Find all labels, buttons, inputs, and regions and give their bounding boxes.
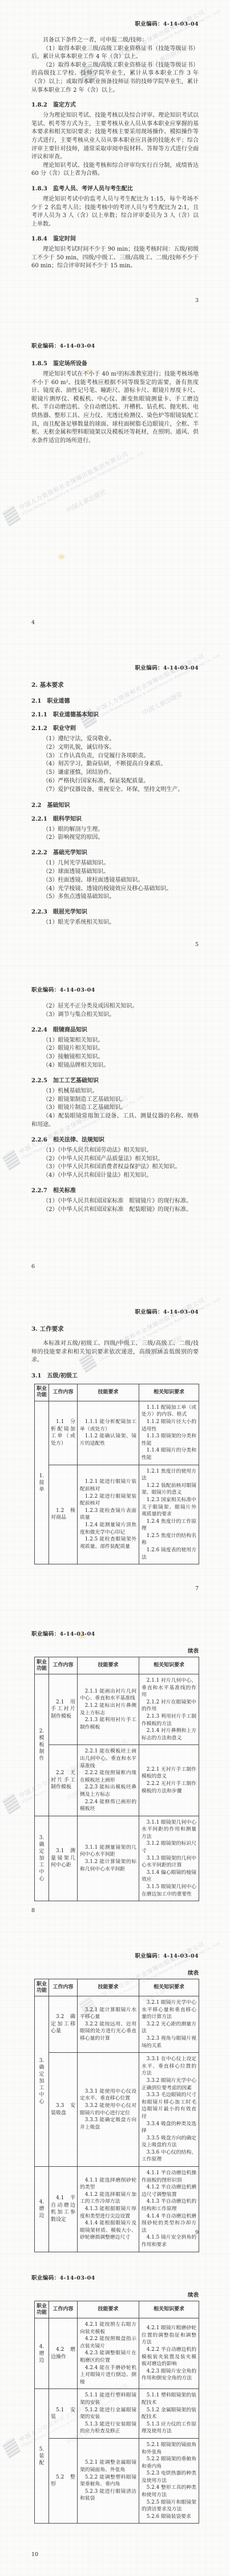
knowledge-cell: 4.1.1 半自动磨边机操作面板的图形识别4.1.2 半自动磨边机磨边尺寸调整装… [139,2167,199,2252]
text-line: 5.1.2 能进行金属眼镜架的安装 [80,2407,136,2421]
skills-cell: 1.2.1 能进行眼镜片装配前核对1.2.2 能进行眼镜架装配前核对1.2.3 … [78,1465,139,1564]
table-row: 2. 模 板 制 作 2.1 用手工衬片制作模板 2.1.1 能画出衬片几何中心… [35,1674,199,1745]
numbered-list: （1）眼的解剖与生理。（2）影响视觉的原因。 [31,826,199,843]
section-heading-2-2: 2.2 基础知识 [31,800,199,809]
text-line: （5）谦虚谨慎，团结协作。 [31,769,199,777]
function-cell: 5. 装 配 [35,2389,49,2524]
watermark-en-text: China Human Resources & Social Security … [22,450,146,516]
table-row: 5.2 整形 5.2.1 能调整金属眼镜架的镜面角、外张角5.2.2 能调整塑料… [35,2438,199,2524]
publisher-logo-watermark [2,1149,21,1171]
table-header-row: 职业功能 工作内容 技能要求 相关知识要求 [35,2301,199,2318]
col-header-content: 工作内容 [49,1979,78,1996]
text-line: 4.2.3 能调整眼镜片在粗磨区的位置 [80,2350,136,2364]
function-cell: 4. 磨 边 [35,2167,49,2252]
section-heading-2-1-2: 2.1.2 职业守则 [31,723,199,732]
continued-table-label: 续表 [31,1968,199,1976]
work-content-text: 4.2 磨边操作 [51,2346,75,2361]
text-line: （2）眼镜片相关知识。 [31,1045,199,1053]
skills-cell: 5.2.1 能调整金属眼镜架的镜面角、外张角5.2.2 能调整塑料眼镜架垂俯角、… [78,2438,139,2524]
text-line: （1）《中华人民共和国劳动法》相关知识。 [31,1147,199,1155]
text-line: 3.3.1 在中心仪上设定水平、垂直移心位置的方法 [142,2056,196,2077]
text-line: 3.2.1 眼镜片光学中心水平移心量和垂直移心量的计算方法 [142,1999,196,2021]
page-header-code: 职业编码：4-14-03-04 [31,1629,199,1637]
text-line: （3）接触镜相关知识。 [31,1053,199,1062]
text-line: 1.1.1 能分析配镜加工单（或处方） [80,1419,136,1433]
col-header-skills: 技能要求 [78,1384,139,1401]
document-page-3: 中国人力资源和社会保障出版集团有限公司 China Human Resource… [0,0,230,322]
table-header-row: 职业功能 工作内容 技能要求 相关知识要求 [35,1657,199,1674]
table-row: 5. 装 配 5.1 安装 5.1.1 能进行塑料眼镜架的安装5.1.2 能进行… [35,2389,199,2439]
text-line: （2）《中华人民共和国产品质量法》相关知识。 [31,1155,199,1164]
table-row: 4. 磨 边 4.1 半自动磨边机加工参数设定 4.1.1 能选择磨削砂轮的类型… [35,2167,199,2252]
text-line: 2.2.3 能标出模板坯鼻侧及上方标志 [80,1784,136,1798]
numbered-list: （1）《中华人民共和国劳动法》相关知识。（2）《中华人民共和国产品质量法》相关知… [31,1147,199,1180]
text-line: 1.1.4 眼镜片的分类和性能 [142,1447,196,1461]
page-header-code: 职业编码：4-14-03-04 [31,1951,199,1959]
text-line: 4.1.3 半自动磨边机的结构和工作原理 [142,2198,196,2212]
page-number: 4 [31,619,35,626]
text-line: 1.2.3 国家相关标准中关于眼镜架、眼镜片外观质量的要求 [142,1497,196,1518]
section-heading-2-2-7: 2.2.7 相关标准 [31,1185,199,1194]
text-line: 1.2.3 能检查镜片表面质量 [80,1507,136,1522]
text-line: 5.1.1 塑料眼镜架的装配技术 [142,2392,196,2406]
stain-artifact [57,553,66,560]
col-header-function: 职业功能 [35,1657,49,1674]
document-scan: 中国人力资源和社会保障出版集团有限公司 China Human Resource… [0,0,230,2576]
text-line: （1）《中华人民共和国国家标准 眼镜镜片》的现行标准。 [31,1197,199,1206]
text-line: 1.1.1 配镜加工单（或处方）的内容、格式 [142,1404,196,1419]
work-content-text: 3.2 确定加工移心量 [51,2013,75,2035]
work-content-cell: 2.1 用手工衬片制作模板 [49,1674,78,1745]
text-line: 5.1.1 能进行塑料眼镜架的安装 [80,2392,136,2406]
text-line: 2.1.3 利用衬片手工制作模板的方法 [142,1713,196,1727]
text-line: 4.1.4 半自动磨边机磨削砂轮的类型和冷却方法 [142,2213,196,2235]
requirements-table: 职业功能 工作内容 技能要求 相关知识要求 3. 确 定 加 工 中 心 3.2… [34,1979,199,2252]
text-line: 3.3.3 毛边眼镜的尺寸和眼镜片移心加工时毛边眼镜片最小的有效直径 [142,2092,196,2120]
text-line: 1.2.4 焦度计的工作原理 [142,1518,196,1532]
section-heading-1-8-4: 1.8.4 鉴定时间 [31,234,199,242]
function-cell: 3. 确 定 加 工 中 心 [35,1996,49,2167]
text-line: 5.1.2 金属眼镜架的装配技术 [142,2407,196,2421]
text-line: 2.2.2 能按照镜框内缘在模板坯上画形 [80,1770,136,1784]
text-line: （2）球面透镜基础知识。 [31,868,199,877]
col-header-content: 工作内容 [49,1657,78,1674]
text-line: （5）多焦点透镜基础知识。 [31,893,199,902]
knowledge-cell: 4.2.1 眼镜片粗磨砂轮位置的调整指征和调整方法4.2.2 半自动磨边机的模板… [139,2318,199,2389]
text-line: （1）眼光学系统相关知识。 [31,919,199,927]
function-cell: 2. 模 板 制 作 [35,1674,49,1816]
text-line: 5.2.3 电烘热器的种类及使用方法 [142,2470,196,2484]
text-line: 3.1.3 眼镜架的几何中心水平间距的计算 [142,1855,196,1869]
text-line: 5.2.2 能调整塑料眼镜架垂俯角、垂内角 [80,2474,136,2488]
function-cell: 4. 磨 边 [35,2318,49,2389]
col-header-content: 工作内容 [49,2301,78,2318]
text-line: 2.1.2 衬片在眼镜架中的作用 [142,1699,196,1713]
text-line: 4.2.1 能按照左右眼方向装夹模板 [80,2321,136,2335]
text-line: （2）影响视觉的原因。 [31,834,199,842]
document-page-6: 中国人力资源和社会保障出版集团有限公司 China Human Resource… [0,966,230,1288]
body-paragraph: 本标准对五级/初级工、四级/中级工、三级/高级工、二级/技师的技能要求和相关知识… [31,1340,199,1365]
table-row: 2.2 无衬片手工制作模板 2.2.1 能在模板坯上画出几何中心、垂直和水平基准… [35,1745,199,1816]
text-line: 5.1.3 能进行安装眼镜的应力检查及修正 [80,2421,136,2435]
text-line: 3.2.2 能按远用、近用眼镜的处方进行光心垂直移心量的计算 [80,2021,136,2043]
skills-cell: 5.1.1 能进行塑料眼镜架的安装5.1.2 能进行金属眼镜架的安装5.1.3 … [78,2389,139,2439]
page-number: 6 [31,1263,35,1270]
text-line: 4.2.2 半自动磨边机的模板装夹装置及装夹模板对磨边的影响 [142,2346,196,2368]
body-paragraph: （1）取得本职业三级/高级工职业资格证书（技能等级证书）后，累计从事本职业工作 … [31,45,199,62]
page-header-code: 职业编码：4-14-03-04 [31,663,199,671]
text-line: 2.1.2 能标出衬片鼻侧及上方标志 [80,1702,136,1717]
text-line: 4.2.1 眼镜片粗磨砂轮位置的调整指征和调整方法 [142,2325,196,2346]
document-page-4: 中国人力资源和社会保障出版集团有限公司 China Human Resource… [0,322,230,644]
text-line: 3.1.2 眼镜架的标识尺寸 [142,1840,196,1854]
text-line: （1）遵纪守法，爱岗敬业。 [31,735,199,744]
skills-cell: 3.3.1 能使用中心仪设定水平、垂直移心位置3.3.2 能使用中心仪对眼镜片的… [78,2053,139,2167]
text-line: 5.2.3 能进行眼镜清洁和装袋 [80,2488,136,2502]
work-content-cell: 1.1 分析配镜加工单（或处方） [49,1401,78,1465]
section-heading-1-8-2: 1.8.2 鉴定方式 [31,100,199,108]
text-line: （4）刻苦学习，勤奋钻研，不断提高自身素质。 [31,760,199,769]
text-line: （4）眼镜品牌相关知识。 [31,1062,199,1070]
text-line: （4）《中华人民共和国计量法》相关知识。 [31,1172,199,1180]
table-row: 4. 磨 边 4.2 磨边操作 4.2.1 能按照左右眼方向装夹模板4.2.2 … [35,2318,199,2389]
text-line: 2.1.4 衬片鼻侧和上方标志的方法和意义 [142,1727,196,1742]
function-cell: 1. 接 单 [35,1401,49,1564]
work-content-text: 1.1 分析配镜加工单（或处方） [51,1419,75,1447]
work-content-cell: 3.2 确定加工移心量 [49,1996,78,2053]
section-heading-2-1: 2.1 职业道德 [31,696,199,704]
chapter-heading-2: 2. 基本要求 [31,680,199,689]
text-line: （2）屈光不正分类及成因相关知识。 [31,1002,199,1011]
text-line: （3）眼镜片制造工艺基础知识。 [31,1104,199,1112]
text-line: 4.1.4 能根据眼镜片及眼镜架材质、模板大小、砂轮磨损调整磨边尺寸 [80,2220,136,2241]
col-header-function: 职业功能 [35,1384,49,1401]
skills-cell: 2.2.1 能在模板坯上画出几何中心、垂直和水平基准线2.2.2 能按照镜框内缘… [78,1745,139,1816]
numbered-list: （1）遵纪守法，爱岗敬业。（2）文明礼貌，诚信待客。（3）工作认真负责，自觉履行… [31,735,199,794]
text-line: 4.1.1 能选择磨削砂轮的类型 [80,2177,136,2191]
text-line: （1）眼的解剖与生理。 [31,826,199,834]
text-line: （2）眼镜架制造工艺基础知识。 [31,1096,199,1104]
text-line: （4）光学棱镜、透镜的棱镜效应及移心基础知识。 [31,885,199,894]
page-number: 5 [195,941,199,948]
text-line: 1.2.1 焦度计的使用方法 [142,1468,196,1482]
knowledge-cell: 2.2.1 无衬片手工制作模板的意义2.2.2 无衬片手工制作模板的方法和步骤 [139,1745,199,1816]
work-content-cell: 1.2 核对商品 [49,1465,78,1564]
requirements-table: 职业功能 工作内容 技能要求 相关知识要求 2. 模 板 制 作 2.1 用手工… [34,1657,199,1901]
table-row: 3.3 安装吸盘 3.3.1 能使用中心仪设定水平、垂直移心位置3.3.2 能使… [35,2053,199,2167]
text-line: （3）调节与集合相关知识。 [31,1011,199,1020]
work-content-text: 3.1 测量镜架几何中心距 [51,1848,75,1869]
table-row: 3. 确 定 加 工 中 心 3.2 确定加工移心量 3.2.1 能计算眼镜片水… [35,1996,199,2053]
numbered-list: （1）眼光学系统相关知识。 [31,919,199,927]
work-content-cell: 5.1 安装 [49,2389,78,2439]
col-header-skills: 技能要求 [78,2301,139,2318]
page-header-code: 职业编码：4-14-03-04 [31,341,199,349]
text-line: 1.2.1 能进行眼镜片装配前核对 [80,1478,136,1493]
text-line: 1.2.2 装配前核对眼镜架、眼镜片的意义 [142,1482,196,1497]
text-line: 3.3.2 能使用中心仪对眼镜片的中心进行定位 [80,2102,136,2117]
knowledge-cell: 5.1.1 塑料眼镜架的装配技术5.1.2 金属眼镜架的装配技术5.1.3 应力… [139,2389,199,2439]
page-header-code: 职业编码：4-14-03-04 [31,2273,199,2281]
text-line: 5.2.1 能调整金属眼镜架的镜面角、外张角 [80,2459,136,2473]
text-line: 4.1.3 能根据眼镜片厚度和类型进行尖边设置 [80,2206,136,2220]
text-line: 3.3.5 吸盘方向的确定及上吸盘的方法 [142,2135,196,2149]
work-content-text: 2.1 用手工衬片制作模板 [51,1699,75,1721]
text-line: 2.2.1 无衬片手工制作模板的意义 [142,1766,196,1780]
watermark-script-text: 中国人事出版社 [64,463,154,515]
text-line: 4.1.2 能选择眼镜片加工的工作冷却方法 [80,2191,136,2206]
skills-cell: 4.1.1 能选择磨削砂轮的类型4.1.2 能选择眼镜片加工的工作冷却方法4.1… [78,2167,139,2252]
numbered-list: （1）机械基础知识。（2）眼镜架制造工艺基础知识。（3）眼镜片制造工艺基础知识。… [31,1087,199,1130]
section-heading-3-1: 3.1 五级/初级工 [31,1371,199,1379]
section-heading-1-8-3: 1.8.3 监考人员、考评人员与考生配比 [31,184,199,192]
section-heading-2-2-5: 2.2.5 加工工艺基础知识 [31,1075,199,1084]
table-row: 1.2 核对商品 1.2.1 能进行眼镜片装配前核对1.2.2 能进行眼镜架装配… [35,1465,199,1564]
text-line: 5.1.3 应力仪的工作原理及使用方法 [142,2421,196,2435]
work-content-cell: 3.3 安装吸盘 [49,2053,78,2167]
document-page-9: 中国人力资源和社会保障出版集团有限公司 China Human Resource… [0,1932,230,2254]
table-header-row: 职业功能 工作内容 技能要求 相关知识要求 [35,1384,199,1401]
section-heading-2-1-1: 2.1.1 职业道德基本知识 [31,710,199,718]
text-line: （4）配装眼镜常用加工设备、工具、测量仪器的名称、规格和用途。 [31,1112,199,1130]
document-page-5: 中国人力资源和社会保障出版集团有限公司 China Human Resource… [0,644,230,966]
body-paragraph: 具备以下条件之一者，可申报二级/技师： [31,36,199,45]
text-line: 3.1.5 眼镜架几何中心在磨边加工中的重要性 [142,1884,196,1898]
text-line: （7）爱护仪器设备，重视安全、环保，坚持文明生产。 [31,786,199,794]
continued-table-label: 续表 [31,2290,199,2298]
col-header-content: 工作内容 [49,1384,78,1401]
text-line: 3.3.2 眼镜片光学中心正确到位要考虑的因素 [142,2077,196,2092]
text-line: （2）《中华人民共和国国家标准 配装眼镜》的现行标准。 [31,1206,199,1214]
col-header-knowledge: 相关知识要求 [139,1979,199,1996]
text-line: （1）眼镜架相关知识。 [31,1037,199,1045]
page-header-code: 职业编码：4-14-03-04 [31,19,199,27]
continued-table-label: 续表 [31,1646,199,1654]
skills-cell: 2.1.1 能画出衬片几何中心、垂直和水平基准线2.1.2 能标出衬片鼻侧及上方… [78,1674,139,1745]
text-line: 1.1.2 眼镜片径大小的适用性 [142,1419,196,1433]
work-content-text: 5.1 安装 [51,2407,75,2421]
text-line: 1.1.3 眼镜架的分类和性能 [142,1433,196,1447]
text-line: 2.2.2 无衬片手工制作模板的方法和步骤 [142,1780,196,1795]
text-line: 1.1.2 能确认镜架、镜片的适配性 [80,1433,136,1447]
knowledge-cell: 5.2.1 眼镜架的镜面角和外张角5.2.2 眼镜架的垂俯角和垂内角5.2.3 … [139,2438,199,2524]
text-line: 3.3.6 中心仪的结构、工作原理 [142,2149,196,2163]
skills-cell: 4.2.1 能按照左右眼方向装夹模板4.2.2 能按照吸盘指示点装夹镜片4.2.… [78,2318,139,2389]
knowledge-cell: 2.1.1 衬片几何中心、垂直和水平基准线的作用2.1.2 衬片在眼镜架中的作用… [139,1674,199,1745]
work-content-cell: 2.2 无衬片手工制作模板 [49,1745,78,1816]
body-paragraph: 理论知识考试中的监考人员与考生配比为 1:15，每个考场不少于 2 名监考人员；… [31,195,199,229]
work-content-cell: 4.1 半自动磨边机加工参数设定 [49,2167,78,2252]
numbered-list: （1）几何光学基础知识。（2）球面透镜基础知识。（3）柱面透镜、球柱面透镜基础知… [31,859,199,902]
text-line: 4.1.2 半自动磨边机磨边尺寸调整装置 [142,2184,196,2198]
body-paragraph: 理论知识考试、技能考核和综合评审均实行百分制，成绩皆达 60 分（含）以上者为合… [31,162,199,178]
work-content-text: 2.2 无衬片手工制作模板 [51,1770,75,1791]
work-content-cell: 4.2 磨边操作 [49,2318,78,2389]
text-line: 3.2.2 光心距的测量方法 [142,2021,196,2035]
document-page-10: 中国人力资源和社会保障出版集团有限公司 China Human Resource… [0,2254,230,2576]
knowledge-cell: 1.2.1 焦度计的使用方法1.2.2 装配前核对眼镜架、眼镜片的意义1.2.3… [139,1465,199,1564]
section-heading-2-2-6: 2.2.6 相关法律、法规知识 [31,1135,199,1143]
text-line: 4.1.1 半自动磨边机操作面板的图形识别 [142,2170,196,2184]
knowledge-cell: 3.2.1 眼镜片光学中心水平移心量和垂直移心量的计算方法3.2.2 光心距的测… [139,1996,199,2053]
text-line: （3）《中华人民共和国消费者权益保护法》相关知识。 [31,1163,199,1172]
col-header-knowledge: 相关知识要求 [139,2301,199,2318]
text-line: 3.1.2 能计算镜架的标称几何中心水平间距 [80,1858,136,1873]
text-line: 3.1.1 能测量镜架的几何中心水平间距 [80,1844,136,1858]
text-line: 2.2.4 能修剪已画形的模板坯 [80,1799,136,1813]
text-line: 5.2.4 整形工具的种类和使用方法 [142,2484,196,2498]
col-header-skills: 技能要求 [78,1657,139,1674]
text-line: （2）文明礼貌，诚信待客。 [31,744,199,752]
body-paragraph: 理论知识考试在不小于 40 m²的标准教室进行；技能考核场地不小于 60 m²。… [31,370,199,445]
text-line: 1.2.4 能测量镜片顶焦度和做光学中心印记 [80,1522,136,1536]
text-line: 4.2.3 眼镜片安全角的作用和倒安全角的方法 [142,2368,196,2382]
page-number: 7 [195,1585,199,1592]
text-line: 5.2.1 眼镜架的镜面角和外张角 [142,2442,196,2456]
publisher-logo-watermark [2,505,21,527]
text-line: 4.1.5 镜片安全斜角的作用和要求 [142,2234,196,2248]
section-heading-1-8-5: 1.8.5 鉴定场所设备 [31,358,199,367]
text-line: 4.2.4 能在手磨砂轮机上对眼镜片进行倒边、倒棱 [80,2365,136,2386]
text-line: 2.2.1 能在模板坯上画出几何中心、垂直和水平基准线 [80,1748,136,1770]
table-row: 1. 接 单 1.1 分析配镜加工单（或处方） 1.1.1 能分析配镜加工单（或… [35,1401,199,1465]
watermark-cn-text: 中国人力资源和社会保障出版集团有限公司 [17,442,143,511]
text-line: 2.1.1 能画出衬片几何中心、垂直和水平基准线 [80,1688,136,1702]
text-line: 3.2.3 视角与眼镜片视场的关系 [142,2035,196,2049]
skills-cell: 3.2.1 能计算眼镜片水平移心量3.2.2 能按远用、近用眼镜的处方进行光心垂… [78,1996,139,2053]
requirements-table: 职业功能 工作内容 技能要求 相关知识要求 1. 接 单 1.1 分析配镜加工单… [34,1384,199,1564]
text-line: 3.3.4 吸盘的种类及选择 [142,2121,196,2135]
work-content-text: 5.2 整形 [51,2474,75,2488]
function-cell: 3. 确 定 加 工 中 心 [35,1816,49,1901]
col-header-function: 职业功能 [35,1979,49,1996]
text-line: 5.2.6 眼镜装袋要求 [142,2513,196,2521]
page-number: 10 [31,2551,38,2558]
table-row: 3. 确 定 加 工 中 心 3.1 测量镜架几何中心距 3.1.1 能测量镜架… [35,1816,199,1901]
chapter-heading-3: 3. 工作要求 [31,1324,199,1333]
publisher-watermark: 中国人力资源和社会保障出版集团有限公司 China Human Resource… [2,442,154,541]
page-number: 8 [31,1907,35,1914]
text-line: 3.1.4 偏心眼镜的棱镜效应 [142,1869,196,1884]
page-header-code: 职业编码：4-14-03-04 [31,1307,199,1315]
text-line: 3.2.1 能计算眼镜片水平移心量 [80,2007,136,2021]
text-line: 3.1.1 眼镜架几何中心水平间距的作用和测量方法 [142,1819,196,1841]
numbered-list: （1）《中华人民共和国国家标准 眼镜镜片》的现行标准。（2）《中华人民共和国国家… [31,1197,199,1214]
text-line: 2.1.3 能利用衬片手工制作模板 [80,1717,136,1731]
body-paragraph: 理论知识考试时间不少于 90 min；技能考核时间：五级/初级工不少于 50 m… [31,246,199,271]
work-content-text: 3.3 安装吸盘 [51,2102,75,2117]
text-line: （1）机械基础知识。 [31,1087,199,1096]
text-line: 3.3.1 能使用中心仪设定水平、垂直移心位置 [80,2088,136,2102]
text-line: （3）工作认真负责，自觉履行各项职责。 [31,752,199,761]
knowledge-cell: 3.1.1 眼镜架几何中心水平间距的作用和测量方法3.1.2 眼镜架的标识尺寸3… [139,1816,199,1901]
text-line: 2.1.1 衬片几何中心、垂直和水平基准线的作用 [142,1677,196,1699]
numbered-list: （2）屈光不正分类及成因相关知识。（3）调节与集合相关知识。 [31,1002,199,1020]
knowledge-cell: 3.3.1 在中心仪上设定水平、垂直移心位置的方法3.3.2 眼镜片光学中心正确… [139,2053,199,2167]
work-content-text: 4.1 半自动磨边机加工参数设定 [51,2195,75,2223]
col-header-knowledge: 相关知识要求 [139,1384,199,1401]
text-line: 1.2.6 镜度表的使用方法 [142,1547,196,1561]
text-line: 4.2.2 能按照吸盘指示点装夹镜片 [80,2335,136,2350]
publisher-logo-watermark [2,1793,21,1815]
text-line: 3.3.3 能确定吸盘方向并上吸盘 [80,2117,136,2131]
table-header-row: 职业功能 工作内容 技能要求 相关知识要求 [35,1979,199,1996]
text-line: 1.2.5 能检查眼镜架外观质量、部件装配质量 [80,1536,136,1550]
requirements-table: 职业功能 工作内容 技能要求 相关知识要求 4. 磨 边 4.2 磨边操作 4.… [34,2301,199,2524]
numbered-list: （1）眼镜架相关知识。（2）眼镜片相关知识。（3）接触镜相关知识。（4）眼镜品牌… [31,1037,199,1070]
work-content-cell: 3.1 测量镜架几何中心距 [49,1816,78,1901]
skills-cell: 3.1.1 能测量镜架的几何中心水平间距3.1.2 能计算镜架的标称几何中心水平… [78,1816,139,1901]
work-content-text: 1.2 核对商品 [51,1507,75,1522]
text-line: （3）柱面透镜、球柱面透镜基础知识。 [31,877,199,885]
page-number: 3 [195,297,199,304]
publisher-logo-watermark [2,2437,21,2459]
text-line: 1.2.5 焦度计的结构名称 [142,1532,196,1547]
text-line: （1）几何光学基础知识。 [31,859,199,868]
work-content-cell: 5.2 整形 [49,2438,78,2524]
document-page-8: 中国人力资源和社会保障出版集团有限公司 China Human Resource… [0,1610,230,1932]
col-header-function: 职业功能 [35,2301,49,2318]
section-heading-2-2-3: 2.2.3 眼屈光学知识 [31,907,199,915]
text-line: 1.2.2 能进行眼镜架装配前核对 [80,1493,136,1507]
text-line: 5.2.2 眼镜架的垂俯角和垂内角 [142,2456,196,2470]
col-header-knowledge: 相关知识要求 [139,1657,199,1674]
body-paragraph: （2）取得本职业三级/高级工职业资格证书（技能等级证书）的高级技工学校、技师学院… [31,62,199,95]
section-heading-2-2-1: 2.2.1 眼科学知识 [31,814,199,822]
page-number: 9 [195,2229,199,2236]
text-line: 5.2.5 眼镜片和眼镜架的清洁要求及方法 [142,2499,196,2513]
text-line: （6）严格执行国家标准，保证装配质量。 [31,777,199,786]
skills-cell: 1.1.1 能分析配镜加工单（或处方）1.1.2 能确认镜架、镜片的适配性 [78,1401,139,1465]
knowledge-cell: 1.1.1 配镜加工单（或处方）的内容、格式1.1.2 眼镜片径大小的适用性1.… [139,1401,199,1465]
section-heading-2-2-4: 2.2.4 眼镜商品知识 [31,1025,199,1033]
section-heading-2-2-2: 2.2.2 基础光学知识 [31,847,199,856]
document-page-7: 中国人力资源和社会保障出版集团有限公司 China Human Resource… [0,1288,230,1610]
page-header-code: 职业编码：4-14-03-04 [31,985,199,993]
col-header-skills: 技能要求 [78,1979,139,1996]
body-paragraph: 分为理论知识考试、技能考核以及综合评审。理论知识考试以笔试、机考等方式为主，主要… [31,112,199,162]
